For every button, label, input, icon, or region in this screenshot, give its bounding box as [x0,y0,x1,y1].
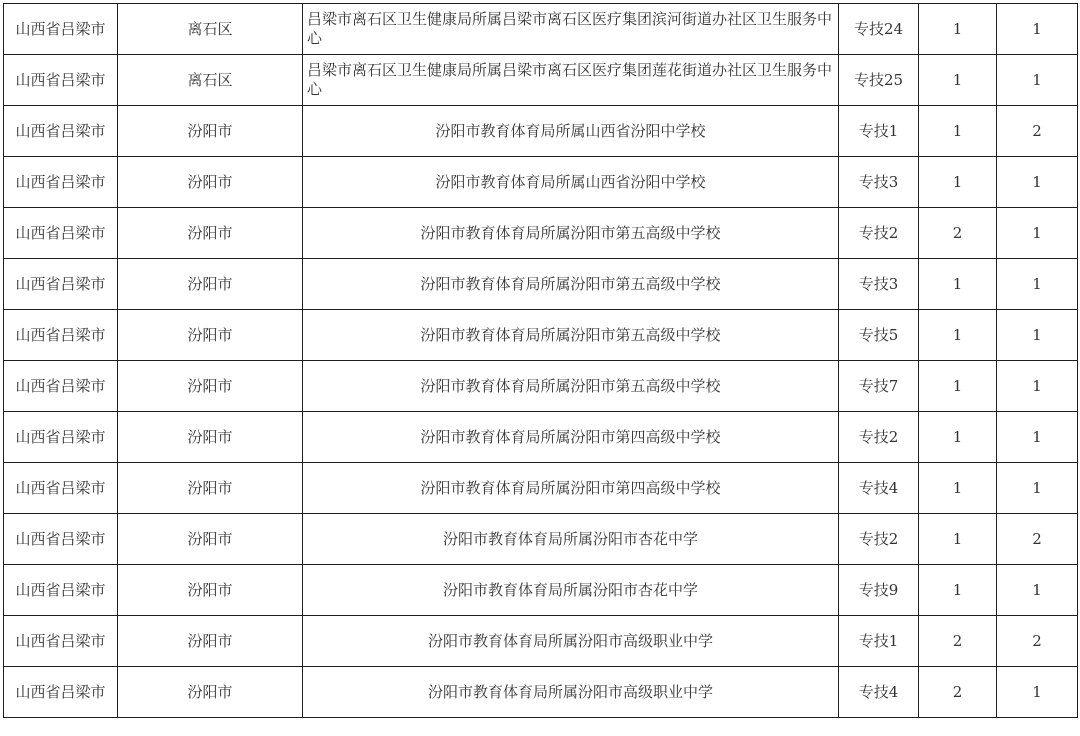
cell-count-b: 2 [997,514,1078,565]
cell-unit-name: 汾阳市教育体育局所属汾阳市第五高级中学校 [303,361,839,412]
table-row: 山西省吕梁市 汾阳市 汾阳市教育体育局所属汾阳市第五高级中学校 专技5 1 1 [4,310,1078,361]
cell-unit-name: 汾阳市教育体育局所属汾阳市杏花中学 [303,514,839,565]
cell-post-code: 专技24 [839,4,919,55]
cell-post-code: 专技1 [839,106,919,157]
cell-count-a: 1 [919,514,997,565]
cell-district: 汾阳市 [118,361,303,412]
cell-unit-name: 汾阳市教育体育局所属山西省汾阳中学校 [303,157,839,208]
cell-count-a: 1 [919,4,997,55]
cell-count-b: 1 [997,4,1078,55]
cell-count-b: 1 [997,361,1078,412]
cell-post-code: 专技7 [839,361,919,412]
cell-count-a: 2 [919,208,997,259]
table-row: 山西省吕梁市 汾阳市 汾阳市教育体育局所属汾阳市第四高级中学校 专技2 1 1 [4,412,1078,463]
cell-province-city: 山西省吕梁市 [4,208,118,259]
cell-count-a: 1 [919,55,997,106]
cell-district: 汾阳市 [118,259,303,310]
table-row: 山西省吕梁市 汾阳市 汾阳市教育体育局所属汾阳市杏花中学 专技2 1 2 [4,514,1078,565]
cell-count-a: 1 [919,361,997,412]
cell-count-a: 1 [919,412,997,463]
cell-count-b: 1 [997,412,1078,463]
table-row: 山西省吕梁市 汾阳市 汾阳市教育体育局所属汾阳市第五高级中学校 专技7 1 1 [4,361,1078,412]
cell-district: 汾阳市 [118,565,303,616]
cell-district: 汾阳市 [118,514,303,565]
cell-district: 汾阳市 [118,157,303,208]
cell-unit-name: 吕梁市离石区卫生健康局所属吕梁市离石区医疗集团滨河街道办社区卫生服务中心 [303,4,839,55]
table-row: 山西省吕梁市 汾阳市 汾阳市教育体育局所属汾阳市第四高级中学校 专技4 1 1 [4,463,1078,514]
cell-unit-name: 汾阳市教育体育局所属汾阳市杏花中学 [303,565,839,616]
cell-count-b: 1 [997,565,1078,616]
cell-province-city: 山西省吕梁市 [4,463,118,514]
cell-count-b: 1 [997,157,1078,208]
cell-district: 汾阳市 [118,208,303,259]
cell-unit-name: 汾阳市教育体育局所属汾阳市第五高级中学校 [303,310,839,361]
cell-post-code: 专技25 [839,55,919,106]
table-row: 山西省吕梁市 离石区 吕梁市离石区卫生健康局所属吕梁市离石区医疗集团滨河街道办社… [4,4,1078,55]
cell-count-a: 1 [919,310,997,361]
table-body: 山西省吕梁市 离石区 吕梁市离石区卫生健康局所属吕梁市离石区医疗集团滨河街道办社… [4,4,1078,718]
table-row: 山西省吕梁市 汾阳市 汾阳市教育体育局所属汾阳市第五高级中学校 专技2 2 1 [4,208,1078,259]
cell-unit-name: 汾阳市教育体育局所属山西省汾阳中学校 [303,106,839,157]
cell-district: 汾阳市 [118,667,303,718]
cell-count-b: 1 [997,463,1078,514]
table-row: 山西省吕梁市 汾阳市 汾阳市教育体育局所属山西省汾阳中学校 专技1 1 2 [4,106,1078,157]
table-row: 山西省吕梁市 汾阳市 汾阳市教育体育局所属汾阳市高级职业中学 专技1 2 2 [4,616,1078,667]
cell-count-a: 2 [919,616,997,667]
cell-count-b: 1 [997,55,1078,106]
cell-post-code: 专技9 [839,565,919,616]
cell-unit-name: 汾阳市教育体育局所属汾阳市高级职业中学 [303,667,839,718]
cell-district: 离石区 [118,55,303,106]
cell-post-code: 专技5 [839,310,919,361]
cell-count-b: 2 [997,616,1078,667]
table-row: 山西省吕梁市 汾阳市 汾阳市教育体育局所属汾阳市杏花中学 专技9 1 1 [4,565,1078,616]
cell-count-a: 2 [919,667,997,718]
cell-district: 汾阳市 [118,463,303,514]
cell-district: 离石区 [118,4,303,55]
cell-unit-name: 汾阳市教育体育局所属汾阳市第五高级中学校 [303,259,839,310]
cell-post-code: 专技4 [839,667,919,718]
cell-unit-name: 汾阳市教育体育局所属汾阳市第四高级中学校 [303,412,839,463]
table-row: 山西省吕梁市 汾阳市 汾阳市教育体育局所属汾阳市高级职业中学 专技4 2 1 [4,667,1078,718]
cell-province-city: 山西省吕梁市 [4,4,118,55]
cell-unit-name: 汾阳市教育体育局所属汾阳市第四高级中学校 [303,463,839,514]
cell-count-b: 1 [997,667,1078,718]
cell-province-city: 山西省吕梁市 [4,412,118,463]
cell-post-code: 专技4 [839,463,919,514]
cell-count-a: 1 [919,463,997,514]
table-row: 山西省吕梁市 汾阳市 汾阳市教育体育局所属山西省汾阳中学校 专技3 1 1 [4,157,1078,208]
cell-province-city: 山西省吕梁市 [4,667,118,718]
table-row: 山西省吕梁市 离石区 吕梁市离石区卫生健康局所属吕梁市离石区医疗集团莲花街道办社… [4,55,1078,106]
cell-province-city: 山西省吕梁市 [4,106,118,157]
cell-province-city: 山西省吕梁市 [4,157,118,208]
cell-province-city: 山西省吕梁市 [4,259,118,310]
cell-province-city: 山西省吕梁市 [4,361,118,412]
cell-count-b: 1 [997,208,1078,259]
cell-unit-name: 汾阳市教育体育局所属汾阳市高级职业中学 [303,616,839,667]
positions-table: 山西省吕梁市 离石区 吕梁市离石区卫生健康局所属吕梁市离石区医疗集团滨河街道办社… [3,3,1078,718]
cell-unit-name: 吕梁市离石区卫生健康局所属吕梁市离石区医疗集团莲花街道办社区卫生服务中心 [303,55,839,106]
cell-province-city: 山西省吕梁市 [4,565,118,616]
cell-province-city: 山西省吕梁市 [4,310,118,361]
cell-post-code: 专技3 [839,157,919,208]
cell-post-code: 专技2 [839,208,919,259]
cell-count-a: 1 [919,565,997,616]
cell-post-code: 专技2 [839,514,919,565]
cell-unit-name: 汾阳市教育体育局所属汾阳市第五高级中学校 [303,208,839,259]
cell-count-b: 1 [997,259,1078,310]
cell-district: 汾阳市 [118,616,303,667]
cell-province-city: 山西省吕梁市 [4,55,118,106]
cell-post-code: 专技3 [839,259,919,310]
cell-post-code: 专技1 [839,616,919,667]
cell-district: 汾阳市 [118,412,303,463]
cell-count-b: 2 [997,106,1078,157]
cell-count-a: 1 [919,259,997,310]
table-row: 山西省吕梁市 汾阳市 汾阳市教育体育局所属汾阳市第五高级中学校 专技3 1 1 [4,259,1078,310]
cell-count-a: 1 [919,157,997,208]
cell-district: 汾阳市 [118,310,303,361]
cell-province-city: 山西省吕梁市 [4,616,118,667]
cell-province-city: 山西省吕梁市 [4,514,118,565]
cell-count-a: 1 [919,106,997,157]
cell-post-code: 专技2 [839,412,919,463]
cell-district: 汾阳市 [118,106,303,157]
cell-count-b: 1 [997,310,1078,361]
